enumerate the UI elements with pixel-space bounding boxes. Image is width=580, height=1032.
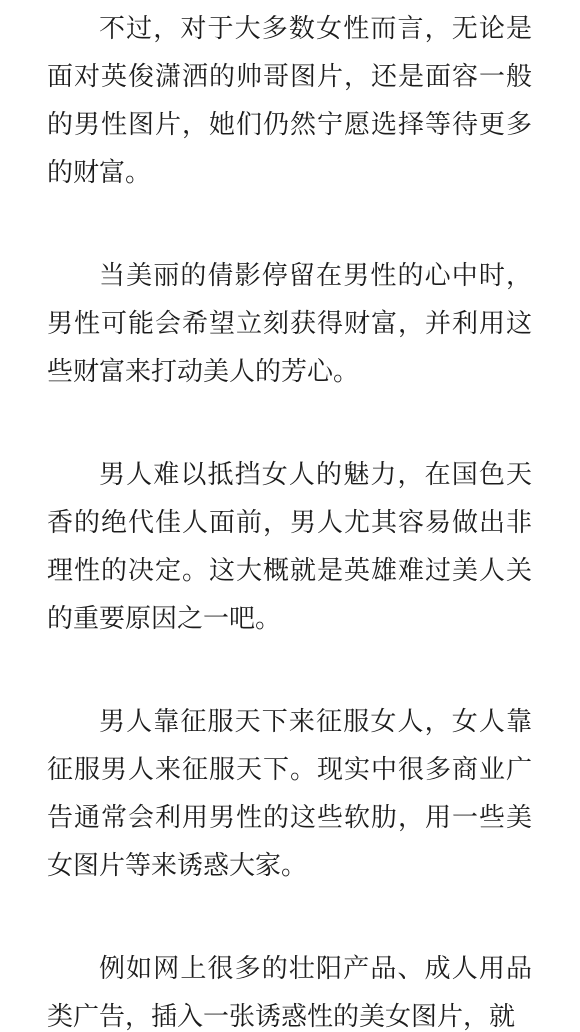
article-paragraph-5-truncated: 例如网上很多的壮阳产品、成人用品类广告，插入一张诱惑性的美女图片，就	[47, 944, 532, 1032]
article-paragraph-2: 当美丽的倩影停留在男性的心中时，男性可能会希望立刻获得财富，并利用这些财富来打动…	[47, 251, 532, 395]
article-paragraph-3: 男人难以抵挡女人的魅力，在国色天香的绝代佳人面前，男人尤其容易做出非理性的决定。…	[47, 450, 532, 642]
article-page: 不过，对于大多数女性而言，无论是面对英俊潇洒的帅哥图片，还是面容一般的男性图片，…	[0, 0, 580, 1032]
article-paragraph-4: 男人靠征服天下来征服女人，女人靠征服男人来征服天下。现实中很多商业广告通常会利用…	[47, 697, 532, 889]
article-paragraph-1: 不过，对于大多数女性而言，无论是面对英俊潇洒的帅哥图片，还是面容一般的男性图片，…	[47, 4, 532, 196]
